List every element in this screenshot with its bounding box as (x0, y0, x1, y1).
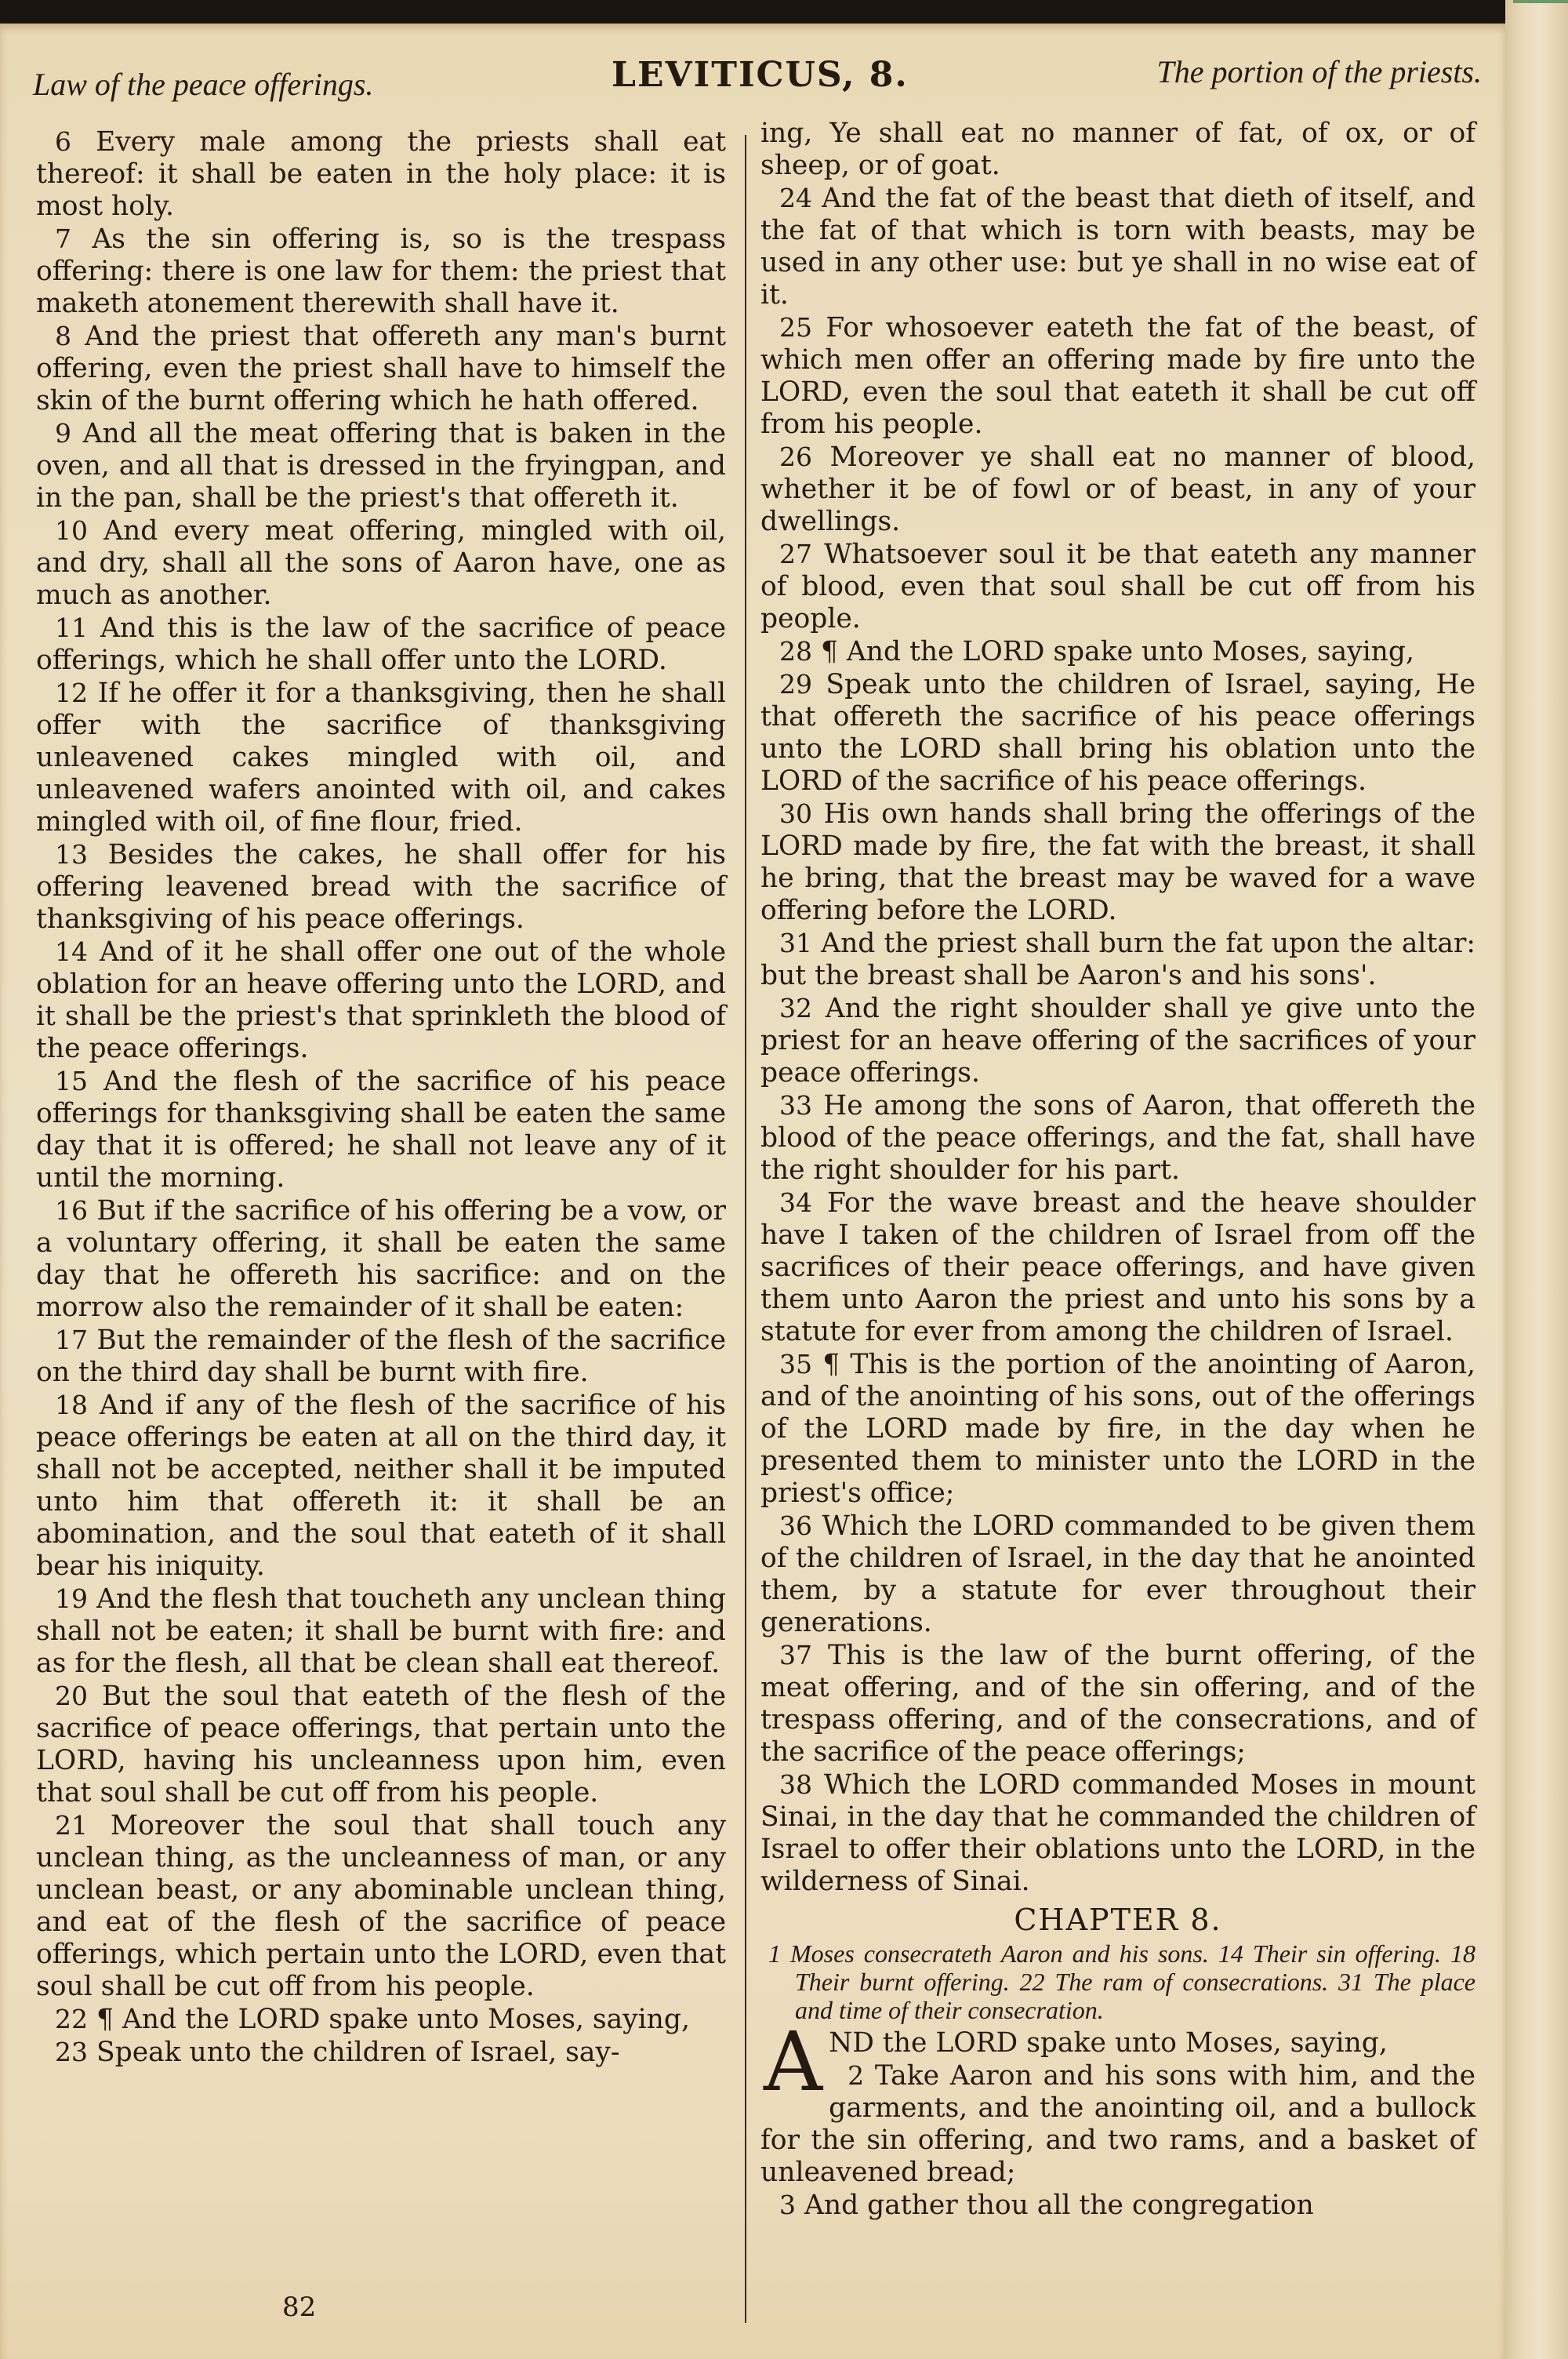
verse: 32 And the right shoulder shall ye give … (760, 992, 1475, 1089)
verse: 38 Which the LORD commanded Moses in mou… (760, 1768, 1475, 1898)
verse: 12 If he offer it for a thanksgiving, th… (36, 677, 726, 838)
verse: ND the LORD spake unto Moses, saying, (760, 2027, 1475, 2059)
verse: 7 As the sin offering is, so is the tres… (36, 223, 726, 320)
verse: 14 And of it he shall offer one out of t… (36, 936, 726, 1065)
verse: 28 ¶ And the LORD spake unto Moses, sayi… (760, 635, 1475, 668)
verse: 27 Whatsoever soul it be that eateth any… (760, 538, 1475, 635)
verse: 30 His own hands shall bring the offerin… (760, 798, 1475, 927)
verse: 23 Speak unto the children of Israel, sa… (36, 2036, 726, 2069)
running-header: Law of the peace offerings. LEVITICUS, 8… (33, 44, 1482, 99)
chapter-opening: A ND the LORD spake unto Moses, saying, … (760, 2027, 1475, 2222)
verse: 35 ¶ This is the portion of the anointin… (760, 1348, 1475, 1510)
chapter-summary: 1 Moses consecrateth Aaron and his sons.… (760, 1939, 1475, 2024)
verse: 26 Moreover ye shall eat no manner of bl… (760, 441, 1475, 538)
verse: 33 He among the sons of Aaron, that offe… (760, 1089, 1475, 1187)
verse: 21 Moreover the soul that shall touch an… (36, 1809, 726, 2003)
verse: 10 And every meat offering, mingled with… (36, 514, 726, 612)
verse: 31 And the priest shall burn the fat upo… (760, 927, 1475, 992)
chapter-heading: CHAPTER 8. (760, 1904, 1475, 1936)
verse: 19 And the flesh that toucheth any uncle… (36, 1583, 726, 1680)
verse-continuation: ing, Ye shall eat no manner of fat, of o… (760, 118, 1475, 182)
verse: 13 Besides the cakes, he shall offer for… (36, 838, 726, 936)
page-edge (1505, 0, 1568, 2359)
verse: 2 Take Aaron and his sons with him, and … (760, 2059, 1475, 2189)
verse: 24 And the fat of the beast that dieth o… (760, 182, 1475, 311)
verse: 25 For whosoever eateth the fat of the b… (760, 311, 1475, 441)
bookmark-edge (1513, 0, 1568, 3)
verse: 37 This is the law of the burnt offering… (760, 1639, 1475, 1768)
verse: 11 And this is the law of the sacrifice … (36, 612, 726, 677)
verse: 9 And all the meat offering that is bake… (36, 417, 726, 514)
verse: 20 But the soul that eateth of the flesh… (36, 1680, 726, 1809)
header-left: Law of the peace offerings. (33, 66, 373, 103)
left-column: 6 Every male among the priests shall eat… (36, 125, 726, 2069)
right-column: ing, Ye shall eat no manner of fat, of o… (760, 118, 1475, 2222)
verse: 3 And gather thou all the congregation (760, 2189, 1475, 2222)
header-book-chapter: LEVITICUS, 8. (612, 55, 909, 95)
verse: 36 Which the LORD commanded to be given … (760, 1510, 1475, 1639)
verse: 22 ¶ And the LORD spake unto Moses, sayi… (36, 2003, 726, 2036)
header-right: The portion of the priests. (1157, 53, 1482, 90)
column-divider (745, 135, 746, 2323)
verse: 6 Every male among the priests shall eat… (36, 125, 726, 223)
verse: 8 And the priest that offereth any man's… (36, 320, 726, 417)
verse: 34 For the wave breast and the heave sho… (760, 1187, 1475, 1348)
verse: 29 Speak unto the children of Israel, sa… (760, 668, 1475, 798)
verse: 17 But the remainder of the flesh of the… (36, 1324, 726, 1389)
verse: 15 And the flesh of the sacrifice of his… (36, 1065, 726, 1194)
drop-cap: A (764, 2029, 822, 2095)
page-number: 82 (282, 2292, 316, 2323)
verse: 16 But if the sacrifice of his offering … (36, 1194, 726, 1324)
verse: 18 And if any of the flesh of the sacrif… (36, 1389, 726, 1583)
